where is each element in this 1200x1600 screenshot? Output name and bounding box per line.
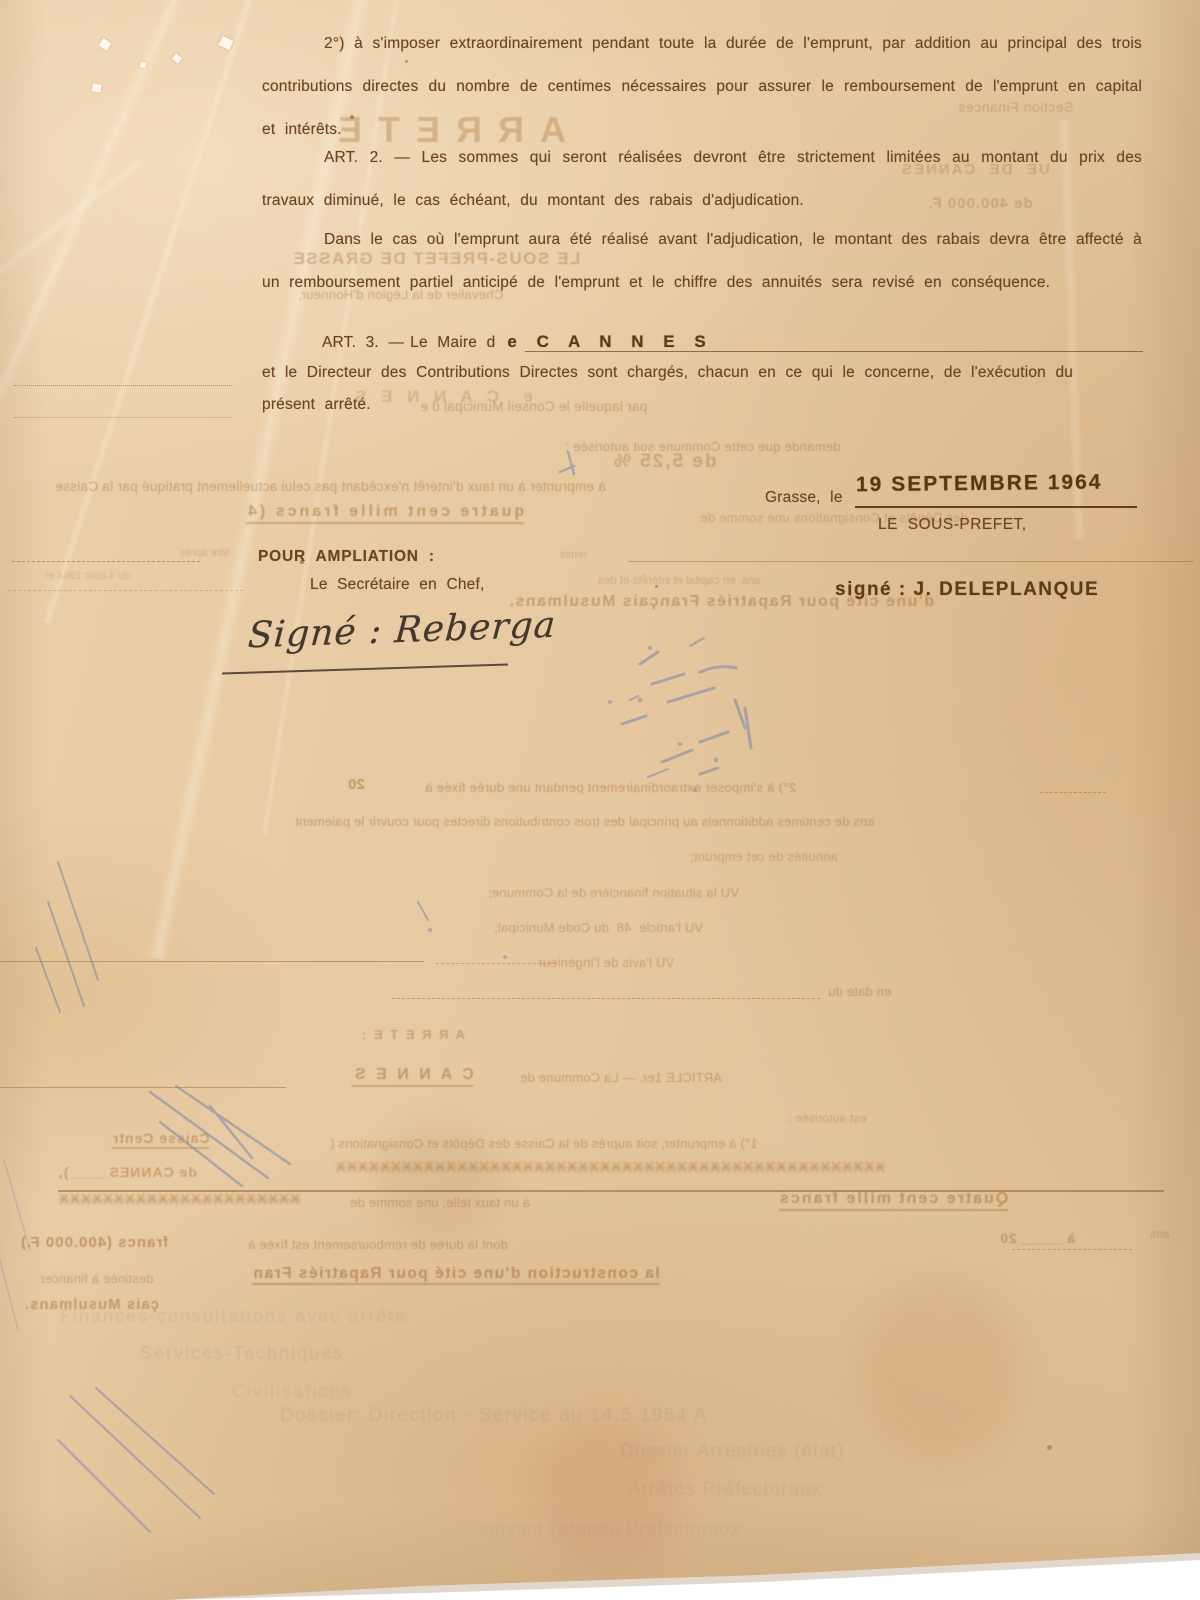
bleed-line: VU l'article 48 du Code Municipal; [494, 921, 703, 935]
bleed-line: Caisse Centr [112, 1131, 210, 1149]
bleed-line: 2°) à s'imposer extraordinairement penda… [425, 781, 796, 795]
bleed-line: par laquelle le Conseil Municipal d e [420, 400, 647, 415]
paper-hole [172, 53, 183, 64]
faint-line: Dossier Arrestries (état) [620, 1442, 845, 1463]
bleed-line: Quatre cent mille francs [778, 1190, 1008, 1211]
bleed-line: francs (400.000 F.) [20, 1235, 168, 1252]
form-rule [58, 1190, 1164, 1192]
faint-line: Dossier: Direction - Service au 14.5.196… [280, 1406, 708, 1427]
form-rule [12, 561, 200, 562]
city-stamp: e C A N N E S [507, 332, 710, 351]
article-3-end: présent arrêté. [262, 396, 371, 414]
place-label: Grasse, le [765, 489, 843, 507]
form-rule [222, 664, 508, 675]
ampliation-label: POUR AMPLIATION : [258, 548, 435, 566]
form-rule [8, 590, 243, 591]
form-rule [0, 1087, 286, 1088]
paper-speck [655, 585, 658, 588]
article-3-label: ART. 3. — [322, 334, 404, 351]
bleed-line: à emprunter à un taux d'intérêt n'excéda… [55, 480, 606, 495]
form-rule [1012, 1249, 1132, 1250]
paper-crease [0, 0, 189, 499]
faint-line: Arrêtés Préfectoraux [628, 1480, 822, 1501]
bleed-line: du 4 août 1964 et [45, 570, 131, 582]
bleed-line: en date du [828, 985, 891, 999]
bleed-line: annuités de cet emprunt; [690, 850, 838, 864]
form-rule [855, 506, 1137, 508]
form-rule [14, 417, 232, 418]
faint-line: Services-Techniques [140, 1344, 344, 1364]
paper-stain [860, 1280, 1020, 1460]
bleed-line: dont la durée de remboursement est fixée… [248, 1238, 508, 1252]
form-rule [628, 561, 1194, 562]
bleed-line: la construction d'une cité pour Rapatrié… [252, 1265, 660, 1285]
form-rule [436, 963, 556, 964]
paper-crease [0, 156, 145, 424]
paragraph-rabais: Dans le cas où l'emprunt aura été réalis… [262, 218, 1142, 304]
paper-hole [91, 83, 101, 92]
bleed-line: ans de centimes additionnels au principa… [295, 815, 875, 829]
paper-hole [139, 61, 146, 68]
bleed-line: XXXXXXXXXXXXXXXXXXXXXX [58, 1192, 300, 1209]
document-page: Section FinancesARRETEUE DE CANNESde 400… [0, 0, 1200, 1600]
form-rule [392, 998, 820, 999]
bleed-line: 1°) à emprunter, soit auprès de la Caiss… [330, 1137, 758, 1151]
bleed-line: C A N N E S [352, 1066, 474, 1087]
date-stamp: 19 SEPTEMBRE 1964 [856, 471, 1103, 498]
form-rule [1040, 792, 1106, 793]
bleed-line: quatre cent mille francs (4 [245, 503, 524, 524]
signature-stamp: signé : J. DELEPLANQUE [835, 579, 1099, 601]
bleed-line: de CANNES ____), [58, 1165, 197, 1180]
bleed-line: 20 [348, 777, 365, 794]
bleed-line: ARTICLE 1er. — La Commune de [520, 1071, 722, 1085]
handwritten-signature: Signé : Reberga [247, 605, 558, 657]
paper-hole [98, 38, 111, 51]
bleed-line: à un taux telle, une somme de [350, 1196, 530, 1210]
bleed-line: XXXXXXXXXXXXXXXXXXXXXXXXXXXXXXXXXXXXXXXX… [335, 1160, 885, 1177]
bleed-line: de 5,25 % [612, 452, 717, 473]
paper-hole [218, 36, 233, 50]
form-rule [0, 961, 424, 962]
bleed-line: titre après [180, 547, 229, 559]
bleed-line: remis [560, 549, 587, 561]
bleed-line: est autorisée : [788, 1112, 866, 1125]
signer-title: LE SOUS-PREFET, [878, 516, 1027, 534]
article-3-text: Le Maire d [410, 334, 495, 351]
article-3-continuation: et le Directeur des Contributions Direct… [262, 364, 1073, 382]
bleed-line: destinée à financer [40, 1272, 154, 1286]
bleed-line: à _____ 20 [1000, 1231, 1075, 1246]
bleed-line: ans [1150, 1228, 1170, 1241]
secretary-title: Le Secrétaire en Chef, [310, 576, 485, 594]
form-rule [14, 385, 232, 386]
paragraph-clause-2: 2°) à s'imposer extraordinairement penda… [262, 22, 1142, 151]
bleed-line: A R R E T E : [360, 1028, 465, 1042]
paper-speck [1047, 1445, 1052, 1450]
bleed-line: ans, en capital et intérêts et des [598, 575, 760, 588]
article-3-line: ART. 3. —Le Maire de C A N N E S [322, 332, 711, 352]
bleed-line: VU l'avis de l'Ingénieur [538, 956, 674, 970]
faint-line: Finances-consultations avec arrêté [60, 1307, 407, 1327]
bleed-line: VU la situation financière de la Commune… [488, 886, 739, 900]
faint-line: suivant l'étendu Préfectoraux [480, 1520, 741, 1540]
paragraph-article-2: ART. 2. — Les sommes qui seront réalisée… [262, 136, 1142, 222]
paper-crease [42, 0, 268, 624]
faint-line: Civilisations [232, 1382, 353, 1402]
